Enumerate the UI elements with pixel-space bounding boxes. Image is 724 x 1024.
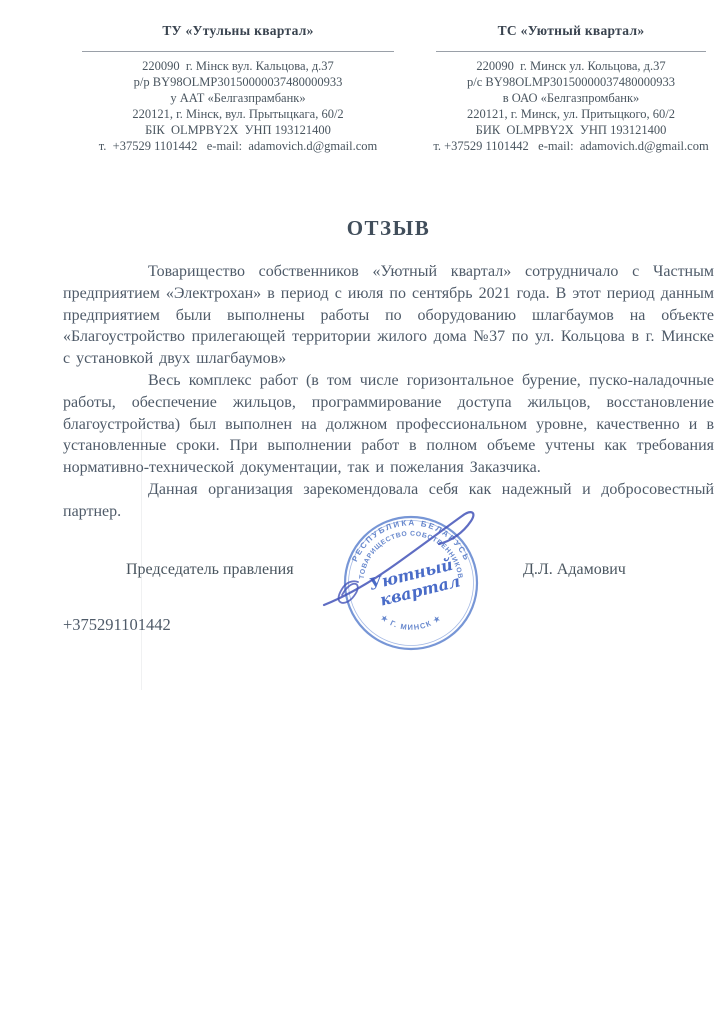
signature-svg <box>308 492 523 627</box>
signatory-role: Председатель правления <box>126 561 294 579</box>
address-line: т. +37529 1101442 e-mail: adamovich.d@gm… <box>78 138 398 154</box>
address-line: 220090 г. Мінск вул. Кальцова, д.37 <box>78 58 398 74</box>
letterhead-right-divider <box>436 51 706 52</box>
address-line: БИК OLMPBY2X УНП 193121400 <box>432 122 710 138</box>
address-line: у ААТ «Белгазпрамбанк» <box>78 90 398 106</box>
address-line: 220121, г. Минск, ул. Притыцкого, 60/2 <box>432 106 710 122</box>
signatory-name: Д.Л. Адамович <box>523 561 626 579</box>
letter-body: Товарищество собственников «Уютный кварт… <box>63 261 714 523</box>
letterhead-right-column: ТС «Уютный квартал» 220090 г. Минск ул. … <box>432 22 710 154</box>
signature-initial-loop <box>339 581 358 603</box>
address-line: БІК OLMPBY2X УНП 193121400 <box>78 122 398 138</box>
signature-scribble-icon <box>308 492 523 627</box>
phone-number: +375291101442 <box>63 615 171 635</box>
letterhead-left-title: ТУ «Утульны квартал» <box>78 22 398 39</box>
address-line: 220121, г. Мінск, вул. Прытыцкага, 60/2 <box>78 106 398 122</box>
scan-fold-artifact <box>141 430 142 690</box>
letterhead-right-title: ТС «Уютный квартал» <box>432 22 710 39</box>
scanned-letter-page: ТУ «Утульны квартал» 220090 г. Мінск вул… <box>0 0 724 1024</box>
paragraph: Весь комплекс работ (в том числе горизон… <box>63 370 714 479</box>
address-line: в ОАО «Белгазпромбанк» <box>432 90 710 106</box>
address-line: 220090 г. Минск ул. Кольцова, д.37 <box>432 58 710 74</box>
document-title: ОТЗЫВ <box>63 216 714 241</box>
address-line: р/р BY98OLMP30150000037480000933 <box>78 74 398 90</box>
paragraph: Товарищество собственников «Уютный кварт… <box>63 261 714 370</box>
address-line: т. +37529 1101442 e-mail: adamovich.d@gm… <box>432 138 710 154</box>
letterhead-left-divider <box>82 51 394 52</box>
address-line: р/с BY98OLMP30150000037480000933 <box>432 74 710 90</box>
signature-main-stroke <box>324 512 473 605</box>
letterhead-left-column: ТУ «Утульны квартал» 220090 г. Мінск вул… <box>78 22 398 154</box>
